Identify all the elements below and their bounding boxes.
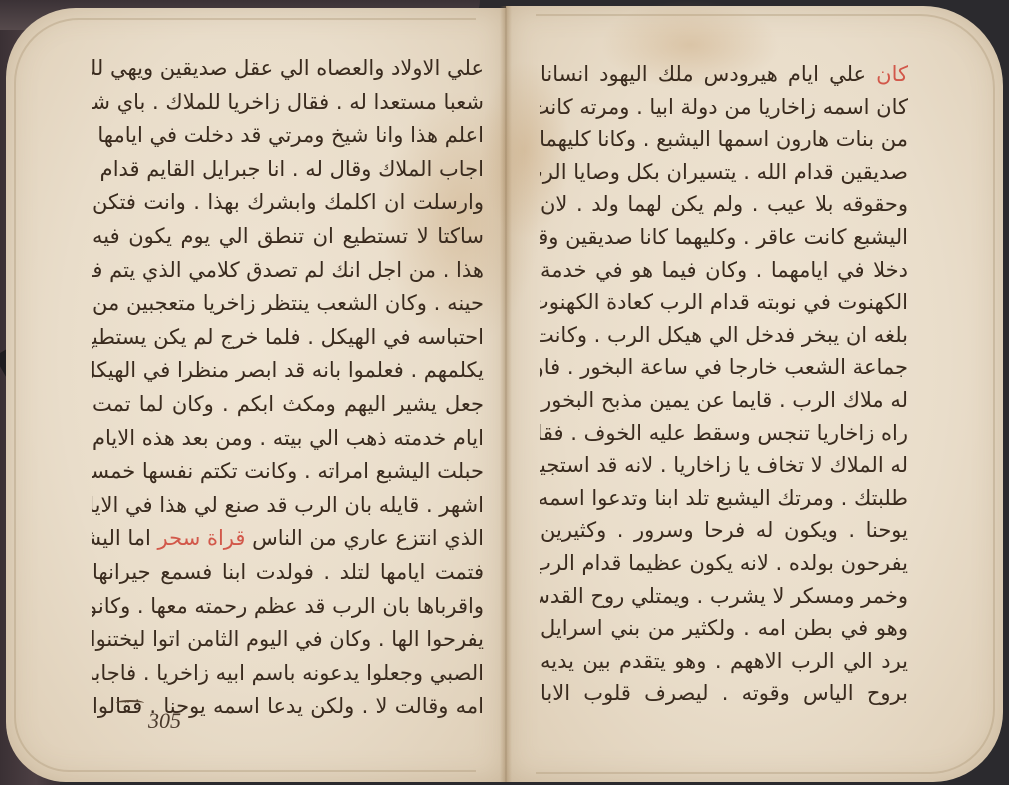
text-line: وارسلت ان اكلمك وابشرك بهذا . وانت فتكن <box>92 186 484 220</box>
text-segment: علي ايام هيرودس ملك اليهود انسانا <box>540 62 866 86</box>
text-line: ايام خدمته ذهب الي بيته . ومن بعد هذه ال… <box>92 422 484 456</box>
text-line: صديقين قدام الله . يتسيران بكل وصايا الر… <box>540 156 908 189</box>
text-line: فتمت ايامها لتلد . فولدت ابنا فسمع جيران… <box>92 556 484 590</box>
text-line: بروح الياس وقوته . ليصرف قلوب الابا <box>540 677 908 710</box>
text-line: اجاب الملاك وقال له . انا جبرايل القايم … <box>92 153 484 187</box>
text-line: هذا . من اجل انك لم تصدق كلامي الذي يتم … <box>92 254 484 288</box>
text-line: بلغه ان يبخر فدخل الي هيكل الرب . وكانت <box>540 319 908 352</box>
text-line: يفرحون بولده . لانه يكون عظيما قدام الرب <box>540 547 908 580</box>
text-line: واقرباها بان الرب قد عظم رحمته معها . وك… <box>92 590 484 624</box>
left-page-text: علي الاولاد والعصاه الي عقل صديقين ويهي … <box>92 52 484 724</box>
text-line: له الملاك لا تخاف يا زاخاريا . لانه قد ا… <box>540 449 908 482</box>
book-gutter <box>500 6 512 782</box>
text-line: جماعة الشعب خارجا في ساعة البخور . فاوري <box>540 351 908 384</box>
text-line: وخمر ومسكر لا يشرب . ويمتلي روح القدس <box>540 580 908 613</box>
rubric-opening-word: كان <box>876 62 908 86</box>
text-line: يكلمهم . فعلموا بانه قد ابصر منظرا في ال… <box>92 354 484 388</box>
text-line: كان اسمه زاخاريا من دولة ابيا . ومرته كا… <box>540 91 908 124</box>
text-line: له ملاك الرب . قايما عن يمين مذبح البخور… <box>540 384 908 417</box>
text-line: ساكتا لا تستطيع ان تنطق الي يوم يكون فيه <box>92 220 484 254</box>
text-line-with-rubric: الذي انتزع عاري من الناس قراة سحر اما ال… <box>92 522 484 556</box>
text-line: دخلا في ايامهما . وكان فيما هو في خدمة <box>540 254 908 287</box>
text-line: علي الاولاد والعصاه الي عقل صديقين ويهي … <box>92 52 484 86</box>
text-line: يوحنا . ويكون له فرحا وسرور . وكثيرين <box>540 514 908 547</box>
text-line: يرد الي الرب الاههم . وهو يتقدم بين يديه <box>540 645 908 678</box>
text-line: وهو في بطن امه . ولكثير من بني اسرايل <box>540 612 908 645</box>
text-line: شعبا مستعدا له . فقال زاخريا للملاك . با… <box>92 86 484 120</box>
text-line: راه زاخاريا تنجس وسقط عليه الخوف . فقال <box>540 417 908 450</box>
text-line: وحقوقه بلا عيب . ولم يكن لهما ولد . لان <box>540 188 908 221</box>
text-line: اعلم هذا وانا شيخ ومرتي قد دخلت في ايامه… <box>92 119 484 153</box>
text-line: جعل يشير اليهم ومكث ابكم . وكان لما تمت <box>92 388 484 422</box>
text-line: طلبتك . ومرتك اليشبع تلد ابنا وتدعوا اسم… <box>540 482 908 515</box>
text-line: من بنات هارون اسمها اليشبع . وكانا كليهم… <box>540 123 908 156</box>
text-line: احتباسه في الهيكل . فلما خرج لم يكن يستط… <box>92 321 484 355</box>
folio-number: 305 <box>148 708 181 734</box>
text-line: حبلت اليشبع امراته . وكانت تكتم نفسها خم… <box>92 455 484 489</box>
text-line: اشهر . قايله بان الرب قد صنع لي هذا في ا… <box>92 489 484 523</box>
text-line: يفرحوا الها . وكان في اليوم الثامن اتوا … <box>92 623 484 657</box>
text-line: الصبي وجعلوا يدعونه باسم ابيه زاخريا . ف… <box>92 657 484 691</box>
rubric-heading: قراة سحر <box>158 526 246 550</box>
text-line-with-rubric: كان علي ايام هيرودس ملك اليهود انسانا <box>540 58 908 91</box>
text-segment: اما اليشبع <box>92 526 151 550</box>
text-line: حينه . وكان الشعب ينتظر زاخريا متعجبين م… <box>92 287 484 321</box>
open-manuscript: علي الاولاد والعصاه الي عقل صديقين ويهي … <box>0 0 1009 785</box>
right-page-text: كان علي ايام هيرودس ملك اليهود انسانا كا… <box>540 58 908 710</box>
folio-flourish <box>116 700 144 706</box>
text-segment: الذي انتزع عاري من الناس <box>252 526 484 550</box>
text-line: الكهنوت في نوبته قدام الرب كعادة الكهنوت <box>540 286 908 319</box>
text-line: اليشبع كانت عاقر . وكليهما كانا صديقين و… <box>540 221 908 254</box>
